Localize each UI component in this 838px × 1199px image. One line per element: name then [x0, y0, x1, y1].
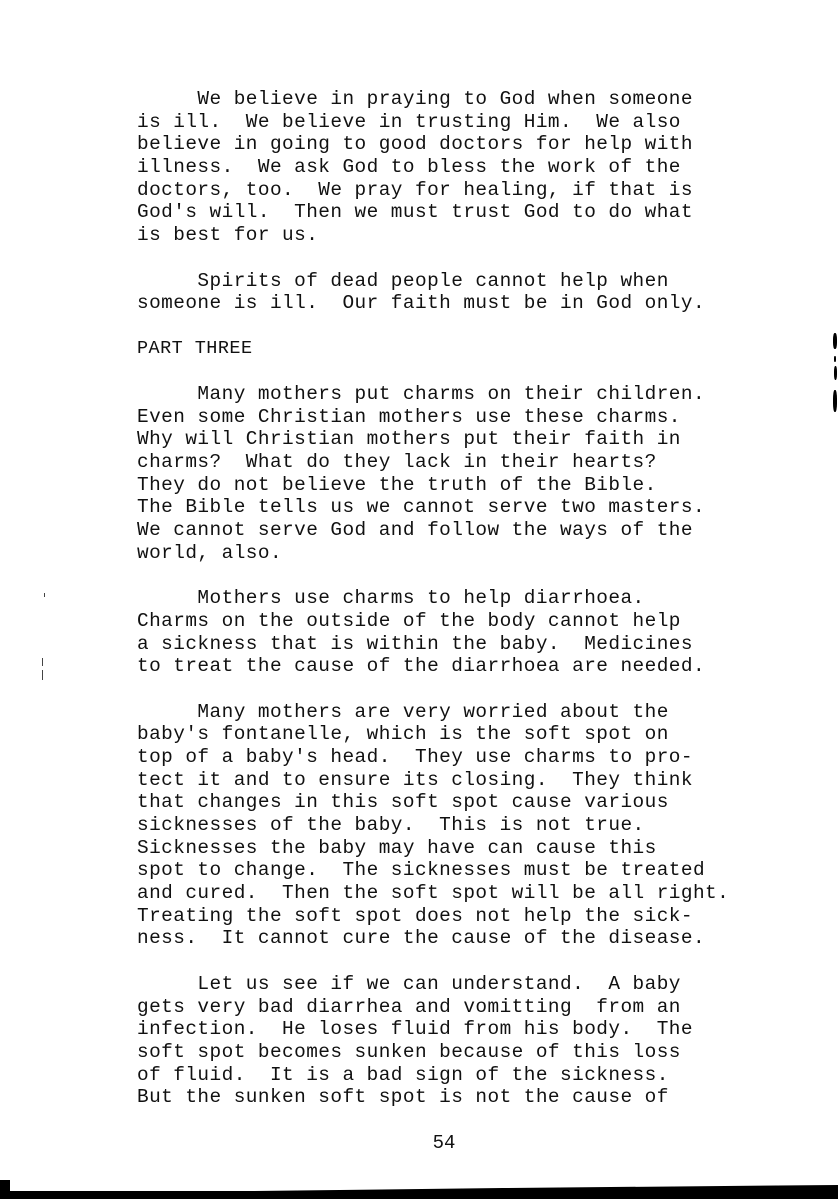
body-text: We believe in praying to God when someon… — [137, 88, 817, 1132]
text-line: illness. We ask God to bless the work of… — [137, 156, 817, 179]
scan-artifact — [833, 333, 837, 349]
text-line: Why will Christian mothers put their fai… — [137, 428, 817, 451]
text-line: that changes in this soft spot cause var… — [137, 791, 817, 814]
text-line: Many mothers are very worried about the — [137, 701, 817, 724]
text-line: Spirits of dead people cannot help when — [137, 270, 817, 293]
text-line: is best for us. — [137, 224, 817, 247]
text-line: Even some Christian mothers use these ch… — [137, 406, 817, 429]
scan-artifact — [42, 658, 43, 666]
text-line: We cannot serve God and follow the ways … — [137, 519, 817, 542]
paragraph: Let us see if we can understand. A babyg… — [137, 973, 817, 1109]
text-line: baby's fontanelle, which is the soft spo… — [137, 723, 817, 746]
text-line: sicknesses of the baby. This is not true… — [137, 814, 817, 837]
paragraph: Many mothers are very worried about theb… — [137, 701, 817, 951]
scan-artifact — [833, 390, 837, 412]
scan-artifact — [42, 670, 43, 680]
text-line: top of a baby's head. They use charms to… — [137, 746, 817, 769]
scanned-page: We believe in praying to God when someon… — [0, 0, 838, 1199]
text-line: spot to change. The sicknesses must be t… — [137, 859, 817, 882]
text-line: tect it and to ensure its closing. They … — [137, 769, 817, 792]
text-line: infection. He loses fluid from his body.… — [137, 1018, 817, 1041]
text-line: They do not believe the truth of the Bib… — [137, 474, 817, 497]
scan-artifact — [834, 356, 836, 362]
text-line: charms? What do they lack in their heart… — [137, 451, 817, 474]
text-line: Many mothers put charms on their childre… — [137, 383, 817, 406]
text-line: a sickness that is within the baby. Medi… — [137, 633, 817, 656]
page-number: 54 — [0, 1132, 838, 1154]
text-line: Let us see if we can understand. A baby — [137, 973, 817, 996]
text-line: But the sunken soft spot is not the caus… — [137, 1086, 817, 1109]
scan-artifact — [44, 593, 45, 597]
text-line: Charms on the outside of the body cannot… — [137, 610, 817, 633]
paragraph: Many mothers put charms on their childre… — [137, 383, 817, 565]
text-line: Mothers use charms to help diarrhoea. — [137, 587, 817, 610]
scan-border-bottom-base — [0, 1191, 838, 1199]
text-line: ness. It cannot cure the cause of the di… — [137, 927, 817, 950]
text-line: is ill. We believe in trusting Him. We a… — [137, 111, 817, 134]
scan-artifact — [834, 366, 837, 380]
text-line: and cured. Then the soft spot will be al… — [137, 882, 817, 905]
paragraph: Mothers use charms to help diarrhoea.Cha… — [137, 587, 817, 678]
section-part-three: Many mothers put charms on their childre… — [137, 383, 817, 1109]
text-line: Sicknesses the baby may have can cause t… — [137, 837, 817, 860]
text-line: of fluid. It is a bad sign of the sickne… — [137, 1064, 817, 1087]
text-line: doctors, too. We pray for healing, if th… — [137, 179, 817, 202]
scan-border-left — [0, 1180, 10, 1199]
text-line: believe in going to good doctors for hel… — [137, 133, 817, 156]
text-line: someone is ill. Our faith must be in God… — [137, 292, 817, 315]
text-line: gets very bad diarrhea and vomitting fro… — [137, 996, 817, 1019]
text-line: soft spot becomes sunken because of this… — [137, 1041, 817, 1064]
paragraph: We believe in praying to God when someon… — [137, 88, 817, 247]
text-line: The Bible tells us we cannot serve two m… — [137, 496, 817, 519]
section-part-two-ending: We believe in praying to God when someon… — [137, 88, 817, 315]
text-line: world, also. — [137, 542, 817, 565]
text-line: We believe in praying to God when someon… — [137, 88, 817, 111]
text-line: Treating the soft spot does not help the… — [137, 905, 817, 928]
section-heading: PART THREE — [137, 338, 817, 361]
paragraph: Spirits of dead people cannot help whens… — [137, 270, 817, 315]
text-line: to treat the cause of the diarrhoea are … — [137, 655, 817, 678]
text-line: God's will. Then we must trust God to do… — [137, 201, 817, 224]
